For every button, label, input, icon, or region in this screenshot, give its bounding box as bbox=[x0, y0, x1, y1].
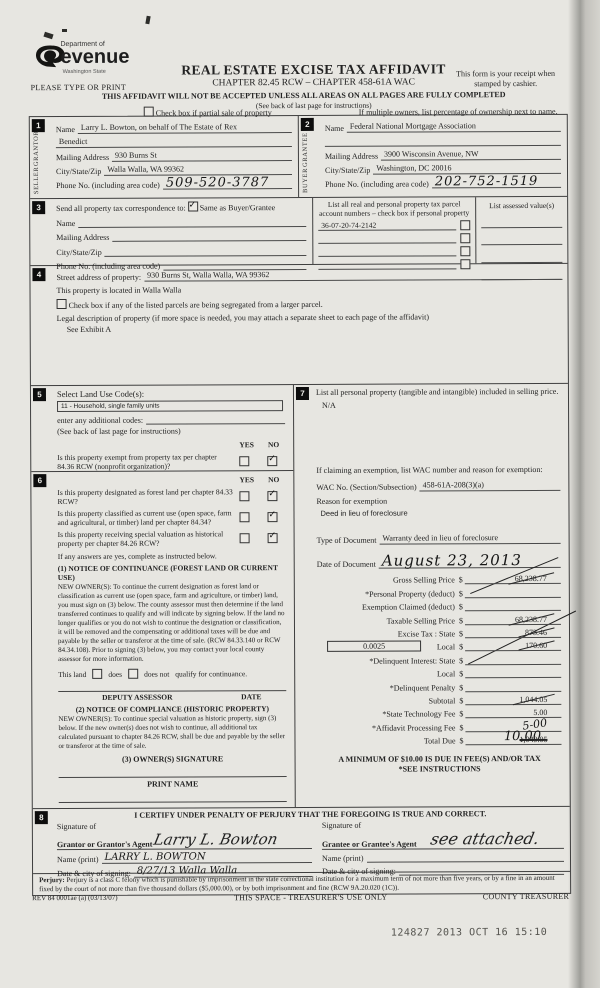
dollar-sign: $ bbox=[455, 669, 465, 678]
receipt-note: This form is your receipt when stamped b… bbox=[451, 69, 561, 89]
personal-property-deduct-row: *Personal Property (deduct)$ bbox=[317, 584, 561, 598]
section-6: 6 YES NO Is this property designated as … bbox=[31, 471, 294, 808]
grantor-signature-block: Signature of Grantor or Grantor's Agent … bbox=[57, 821, 322, 878]
subtotal-value: 1,044.05 bbox=[519, 695, 547, 704]
does-not-label: does not bbox=[144, 669, 169, 678]
subtotal-row: Subtotal$ 1,044.05 bbox=[317, 691, 561, 705]
notice-compliance-title: (2) NOTICE OF COMPLIANCE (HISTORIC PROPE… bbox=[58, 704, 286, 714]
assessed-header: List assessed value(s) bbox=[481, 201, 562, 210]
excise-tax-local-value: 170.60 bbox=[525, 641, 547, 650]
date-of-document-label: Date of Document bbox=[317, 560, 379, 569]
date-label: DATE bbox=[216, 692, 286, 701]
tax-calculation-block: Gross Selling Price$ 68,238.77 *Personal… bbox=[317, 571, 562, 746]
grantor-side-word: GRANTOR bbox=[33, 130, 40, 166]
located-in-label: This property is located in bbox=[57, 286, 141, 295]
section-1-seller: 1 SELLER GRANTOR NameLarry L. Bowton, on… bbox=[30, 116, 299, 198]
buyer-phone-label: Phone No. (including area code) bbox=[325, 179, 432, 188]
gross-selling-price-label: Gross Selling Price bbox=[317, 576, 455, 586]
grantee-name-print-label: Name (print) bbox=[322, 854, 367, 863]
form-header: Department of evenue Washington State PL… bbox=[28, 39, 568, 41]
notice-continuance-title: (1) NOTICE OF CONTINUANCE (FOREST LAND O… bbox=[58, 563, 286, 582]
personal-property-value: N/A bbox=[322, 400, 560, 410]
delinquent-interest-state-row: *Delinquent Interest: State$ bbox=[317, 651, 561, 665]
does-not-checkbox bbox=[128, 669, 138, 679]
minimum-fee-line1: A MINIMUM OF $10.00 IS DUE IN FEE(S) AND… bbox=[318, 754, 562, 765]
parcel-3-checkbox bbox=[460, 246, 470, 256]
seller-grantor-side-label: SELLER GRANTOR bbox=[33, 139, 40, 194]
section-3: 3 Send all property tax correspondence t… bbox=[30, 197, 567, 266]
total-due-row: Total Due$ 10.001,049.05 bbox=[317, 732, 561, 746]
grantee-date-city-blank bbox=[399, 864, 564, 876]
grantee-name-print-blank bbox=[367, 851, 564, 863]
historic-yes-checkbox bbox=[240, 533, 250, 543]
rev-number: REV 84 0001ae (a) (03/13/07) bbox=[32, 894, 182, 903]
yes-header-6: YES bbox=[239, 475, 254, 484]
owners-signature-line bbox=[59, 763, 287, 778]
reason-for-exemption-label: Reason for exemption bbox=[316, 496, 560, 506]
scanned-affidavit-page: Department of evenue Washington State PL… bbox=[0, 0, 600, 988]
corr-name-label: Name bbox=[56, 218, 78, 227]
local-rate-box: 0.0025 bbox=[327, 641, 421, 652]
section-7: 7 List all personal property (tangible a… bbox=[294, 384, 570, 807]
buyer-name-value: Federal National Mortgage Association bbox=[347, 121, 561, 133]
buyer-phone-value: 202-752-1519 bbox=[432, 177, 561, 189]
taxable-selling-price-label: Taxable Selling Price bbox=[317, 616, 455, 626]
seller-name-value-2: Benedict bbox=[56, 136, 292, 148]
section-2-buyer: 2 BUYER GRANTEE NameFederal National Mor… bbox=[299, 115, 567, 197]
deputy-assessor-line: DEPUTY ASSESSOR DATE bbox=[58, 690, 286, 702]
minimum-fee-note: A MINIMUM OF $10.00 IS DUE IN FEE(S) AND… bbox=[318, 754, 562, 775]
dollar-sign: $ bbox=[455, 576, 465, 585]
assessed-values-column: List assessed value(s) bbox=[476, 197, 567, 263]
buyer-city-label: City/State/Zip bbox=[325, 166, 373, 175]
qualify-label: qualify for continuance. bbox=[175, 669, 247, 678]
parcel-blank-3 bbox=[318, 246, 456, 257]
seller-mailing-label: Mailing Address bbox=[56, 153, 112, 162]
exemption-intro: If claiming an exemption, list WAC numbe… bbox=[316, 465, 560, 475]
buyer-city-value: Washington, DC 20016 bbox=[373, 163, 561, 175]
historic-question: Is this property receiving special valua… bbox=[58, 529, 240, 548]
yes-no-header-5: YES NO bbox=[57, 440, 285, 450]
delinquent-interest-local-label: Local bbox=[317, 669, 455, 679]
segregated-line: Check box if any of the listed parcels a… bbox=[57, 297, 562, 310]
located-in-value: Walla Walla bbox=[142, 286, 181, 295]
seller-city-value: Walla Walla, WA 99362 bbox=[104, 164, 292, 176]
type-of-document-label: Type of Document bbox=[317, 536, 380, 545]
reason-for-exemption-value: Deed in lieu of foreclosure bbox=[320, 508, 560, 518]
minimum-fee-line2: *SEE INSTRUCTIONS bbox=[318, 764, 562, 775]
segregated-label: Check box if any of the listed parcels a… bbox=[69, 300, 323, 310]
delinquent-penalty-label: *Delinquent Penalty bbox=[317, 683, 455, 693]
taxable-selling-price-value: 68,238.77 bbox=[515, 614, 547, 623]
total-due-label: Total Due bbox=[317, 736, 455, 746]
grantor-date-city-value: 8/27/13 Walla Walla bbox=[134, 865, 312, 878]
affidavit-processing-fee-label: *Affidavit Processing Fee bbox=[317, 723, 455, 733]
yes-no-header-6: YES NO bbox=[57, 475, 285, 485]
dollar-sign: $ bbox=[455, 723, 465, 732]
buyer-name-label: Name bbox=[325, 124, 347, 133]
section-6-number: 6 bbox=[33, 474, 46, 487]
parcel-2-checkbox bbox=[460, 233, 470, 243]
section-5-number: 5 bbox=[33, 388, 46, 401]
land-qualify-line: This land does does not qualify for cont… bbox=[58, 668, 286, 679]
this-land-label: This land bbox=[58, 669, 86, 678]
does-label: does bbox=[108, 669, 122, 678]
section-3-number: 3 bbox=[32, 201, 45, 214]
excise-tax-state-label: Excise Tax : State bbox=[317, 629, 455, 639]
no-header: NO bbox=[268, 440, 279, 449]
exempt-no-checkbox bbox=[267, 456, 277, 466]
assessed-blank-2 bbox=[481, 234, 562, 245]
form-body: 1 SELLER GRANTOR NameLarry L. Bowton, on… bbox=[29, 114, 571, 896]
delinquent-interest-local-row: Local$ bbox=[317, 665, 561, 679]
type-of-document-value: Warranty deed in lieu of foreclosure bbox=[379, 533, 560, 545]
grantee-agent-label: Grantee or Grantee's Agent bbox=[322, 839, 417, 848]
delinquent-interest-state-label: *Delinquent Interest: State bbox=[317, 656, 455, 666]
wac-label: WAC No. (Section/Subsection) bbox=[316, 482, 419, 491]
grantor-name-print-value: LARRY L. BOWTON bbox=[102, 851, 313, 864]
same-as-buyer-checkbox bbox=[188, 201, 198, 211]
forest-land-question: Is this property designated as forest la… bbox=[57, 487, 239, 506]
section-3-correspondence: 3 Send all property tax correspondence t… bbox=[30, 198, 313, 265]
state-technology-fee-label: *State Technology Fee bbox=[317, 710, 455, 720]
current-use-question-row: Is this property classified as current u… bbox=[57, 508, 285, 527]
dollar-sign: $ bbox=[455, 683, 465, 692]
dollar-sign: $ bbox=[455, 616, 465, 625]
print-name-line bbox=[59, 788, 287, 803]
grantee-signature-block: Signature of Grantee or Grantee's Agent … bbox=[322, 820, 564, 877]
street-address-value: 930 Burns St, Walla Walla, WA 99362 bbox=[144, 269, 470, 281]
grantor-agent-label: Grantor or Grantor's Agent bbox=[57, 840, 153, 849]
certify-statement: I CERTIFY UNDER PENALTY OF PERJURY THAT … bbox=[57, 809, 564, 820]
seller-phone-value: 509-520-3787 bbox=[163, 178, 292, 190]
land-use-title: Select Land Use Code(s): bbox=[57, 388, 285, 399]
dollar-sign: $ bbox=[455, 629, 465, 638]
subtotal-label: Subtotal bbox=[317, 696, 455, 706]
yes-header: YES bbox=[239, 440, 254, 449]
dollar-sign: $ bbox=[455, 736, 465, 745]
wac-value: 458-61A-208(3)(a) bbox=[420, 480, 561, 492]
notice-continuance-body: NEW OWNER(S): To continue the current de… bbox=[58, 582, 286, 664]
assessed-blank-1 bbox=[481, 216, 562, 227]
street-address-label: Street address of property: bbox=[56, 273, 144, 282]
no-header-6: NO bbox=[268, 475, 279, 484]
cashier-date-stamp: 124827 2013 OCT 16 15:10 bbox=[391, 927, 548, 939]
dollar-sign: $ bbox=[455, 656, 465, 665]
parcel-numbers-column: List all real and personal property tax … bbox=[313, 197, 476, 264]
exempt-yes-checkbox bbox=[239, 456, 249, 466]
gross-selling-price-value: 68,238.77 bbox=[515, 574, 547, 583]
current-use-question: Is this property classified as current u… bbox=[57, 508, 239, 527]
forest-land-question-row: Is this property designated as forest la… bbox=[57, 487, 285, 506]
corr-name-blank bbox=[78, 215, 306, 227]
buyer-grantee-side-label: BUYER GRANTEE bbox=[302, 138, 309, 193]
notice-compliance-body: NEW OWNER(S): To continue special valuat… bbox=[58, 714, 286, 751]
section-7-number: 7 bbox=[296, 387, 309, 400]
dollar-sign: $ bbox=[455, 710, 465, 719]
grantor-name-print-label: Name (print) bbox=[57, 855, 102, 864]
exemption-claimed-label: Exemption Claimed (deduct) bbox=[317, 602, 455, 612]
section5-see-back: (See back of last page for instructions) bbox=[57, 426, 285, 436]
segregated-checkbox bbox=[57, 299, 67, 309]
section-5: 5 Select Land Use Code(s): 11 - Househol… bbox=[31, 385, 293, 472]
seller-name-label: Name bbox=[56, 125, 78, 134]
corr-city-label: City/State/Zip bbox=[56, 247, 104, 256]
parcel-1-checkbox bbox=[460, 220, 470, 230]
gross-selling-price-row: Gross Selling Price$ 68,238.77 bbox=[317, 571, 561, 585]
seller-phone-label: Phone No. (including area code) bbox=[56, 181, 163, 190]
seller-city-label: City/State/Zip bbox=[56, 167, 104, 176]
county-treasurer-label: COUNTY TREASURER bbox=[439, 892, 569, 902]
excise-tax-local-row: Local$ 0.0025170.60 bbox=[317, 638, 561, 652]
dollar-sign: $ bbox=[455, 589, 465, 598]
section-4-number: 4 bbox=[32, 268, 45, 281]
send-correspondence-line: Send all property tax correspondence to:… bbox=[56, 201, 306, 213]
buyer-mailing-value: 3900 Wisconsin Avenue, NW bbox=[381, 149, 561, 161]
assessed-blank-3 bbox=[481, 251, 562, 262]
buyer-name-blank bbox=[325, 135, 561, 147]
corr-mailing-blank bbox=[112, 230, 306, 242]
delinquent-penalty-row: *Delinquent Penalty$ bbox=[317, 678, 561, 692]
dollar-sign: $ bbox=[455, 696, 465, 705]
current-use-yes-checkbox bbox=[239, 512, 249, 522]
street-address-line2 bbox=[470, 269, 561, 280]
grantee-date-city-label: Date & city of signing: bbox=[322, 867, 399, 876]
seller-name-value: Larry L. Bowton, on behalf of The Estate… bbox=[78, 122, 292, 134]
same-as-buyer-label: Same as Buyer/Grantee bbox=[200, 203, 276, 212]
grantor-date-city-label: Date & city of signing: bbox=[57, 869, 134, 878]
excise-tax-state-value: 873.46 bbox=[525, 628, 547, 637]
additional-codes-blank bbox=[146, 413, 285, 425]
section-8-number: 8 bbox=[35, 811, 48, 824]
parcel-header: List all real and personal property tax … bbox=[318, 199, 470, 218]
located-in-line: This property is located in Walla Walla bbox=[57, 284, 562, 295]
grantor-signature-value: Larry L. Bowton bbox=[153, 830, 280, 849]
deputy-assessor-label: DEPUTY ASSESSOR bbox=[58, 692, 216, 702]
total-due-printed-value: 1,049.05 bbox=[519, 735, 547, 744]
buyer-side-word: BUYER bbox=[302, 168, 309, 193]
form-title: REAL ESTATE EXCISE TAX AFFIDAVIT bbox=[149, 61, 479, 78]
parcel-value: 36-07-20-74-2142 bbox=[318, 220, 456, 231]
current-use-no-checkbox bbox=[267, 512, 277, 522]
section-8: 8 I CERTIFY UNDER PENALTY OF PERJURY THA… bbox=[33, 807, 570, 874]
personal-property-label: List all personal property (tangible and… bbox=[316, 387, 560, 398]
treasurer-space-label: THIS SPACE - TREASURER'S USE ONLY bbox=[182, 892, 439, 902]
taxable-selling-price-row: Taxable Selling Price$ 68,238.77 bbox=[317, 611, 561, 625]
excise-tax-state-row: Excise Tax : State$ 873.46 bbox=[317, 624, 561, 638]
dollar-sign: $ bbox=[455, 643, 465, 652]
legal-description-label: Legal description of property (if more s… bbox=[57, 312, 562, 323]
seller-side-word: SELLER bbox=[33, 167, 40, 194]
land-use-code-value: 11 - Household, single family units bbox=[57, 400, 283, 412]
form-footer: REV 84 0001ae (a) (03/13/07) THIS SPACE … bbox=[32, 892, 569, 903]
personal-property-deduct-label: *Personal Property (deduct) bbox=[317, 589, 455, 599]
forest-no-checkbox bbox=[267, 491, 277, 501]
historic-question-row: Is this property receiving special valua… bbox=[58, 529, 286, 548]
historic-no-checkbox bbox=[268, 533, 278, 543]
exemption-claimed-row: Exemption Claimed (deduct)$ bbox=[317, 598, 561, 612]
buyer-mailing-label: Mailing Address bbox=[325, 152, 381, 161]
logo-revenue-text: evenue bbox=[60, 48, 129, 66]
additional-codes-label: enter any additional codes: bbox=[57, 416, 146, 425]
please-type-or-print: PLEASE TYPE OR PRINT bbox=[31, 83, 126, 92]
corr-mailing-label: Mailing Address bbox=[56, 233, 112, 242]
parcel-blank-2 bbox=[318, 233, 456, 244]
corr-city-blank bbox=[105, 244, 307, 256]
chapter-subtitle: CHAPTER 82.45 RCW – CHAPTER 458-61A WAC bbox=[149, 77, 479, 88]
exempt-question: Is this property exempt from property ta… bbox=[57, 452, 239, 471]
section-2-number: 2 bbox=[301, 118, 314, 131]
section-4: 4 Street address of property:930 Burns S… bbox=[30, 264, 568, 386]
dollar-sign: $ bbox=[455, 602, 465, 611]
does-checkbox bbox=[92, 669, 102, 679]
exempt-question-row: Is this property exempt from property ta… bbox=[57, 452, 285, 471]
seller-mailing-value: 930 Burns St bbox=[112, 150, 292, 162]
forest-yes-checkbox bbox=[239, 491, 249, 501]
grantee-side-word: GRANTEE bbox=[302, 132, 309, 167]
send-correspondence-label: Send all property tax correspondence to: bbox=[56, 203, 186, 213]
if-any-answers-note: If any answers are yes, complete as inst… bbox=[58, 551, 286, 561]
grantee-signature-value: see attached. bbox=[429, 829, 541, 848]
legal-description-value: See Exhibit A bbox=[67, 323, 562, 334]
